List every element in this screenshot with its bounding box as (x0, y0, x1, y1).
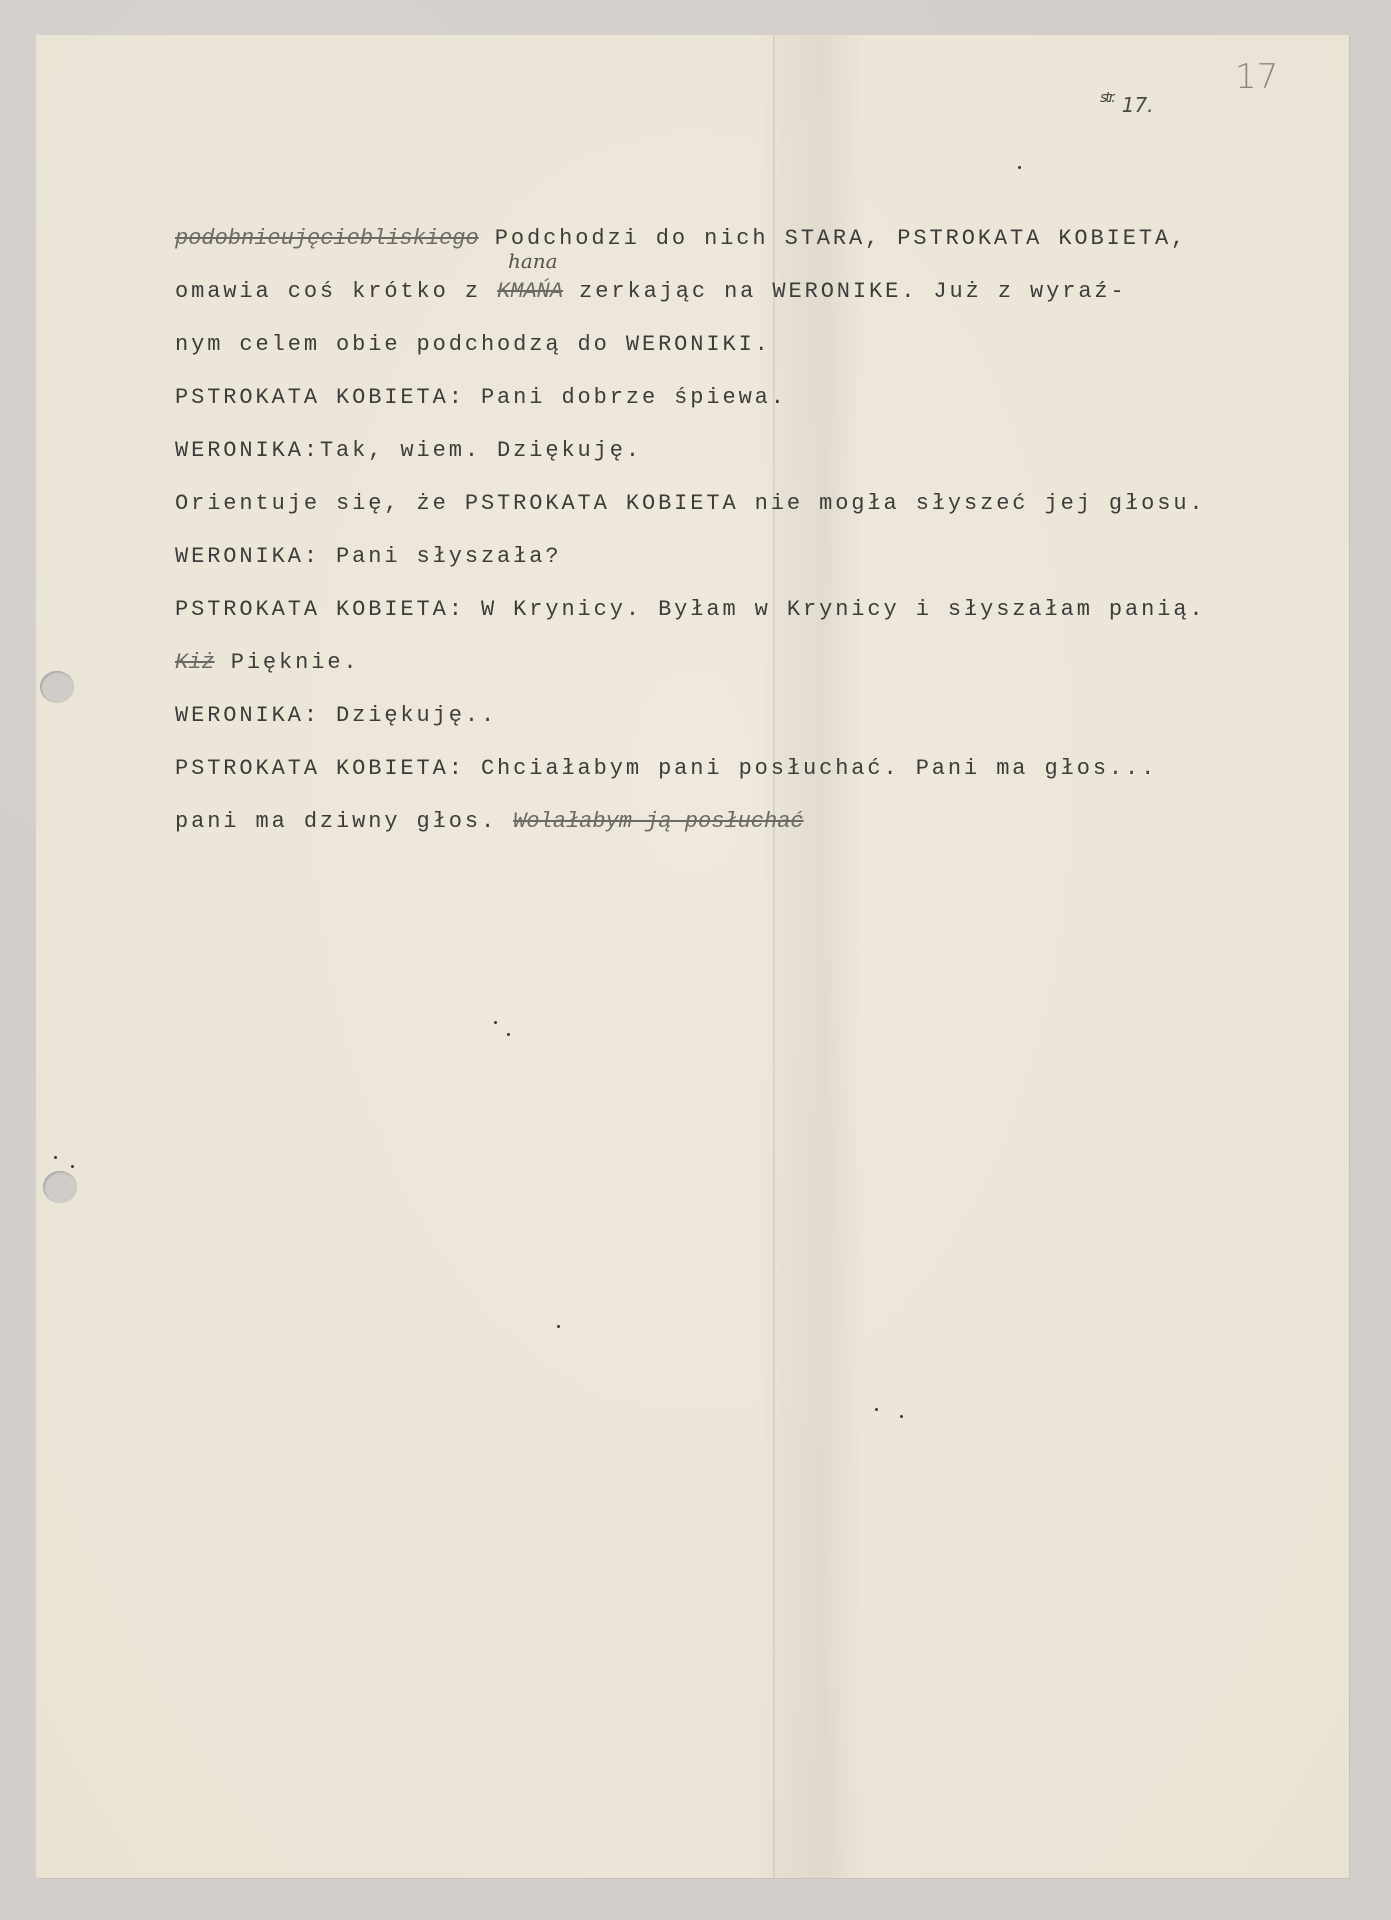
struck-text: Kiż (175, 650, 215, 675)
ink-speck (494, 1021, 497, 1024)
line-text: nym celem obie podchodzą do WERONIKI. (175, 332, 771, 357)
punch-hole-top (40, 671, 74, 703)
line-text: PSTROKATA KOBIETA: Chciałabym pani posłu… (175, 756, 1157, 781)
struck-text: Wolałabym ją posłuchać (513, 809, 803, 834)
text-line-2: hanaomawia coś krótko z KMAŃA zerkając n… (175, 281, 1275, 334)
line-text: WERONIKA:Tak, wiem. Dziękuję. (175, 438, 642, 463)
line-text: pani ma dziwny głos. (175, 809, 513, 834)
typescript-body: podobnieujęciebliskiego Podchodzi do nic… (175, 228, 1275, 864)
text-line-11: PSTROKATA KOBIETA: Chciałabym pani posłu… (175, 758, 1275, 811)
ink-speck (71, 1165, 74, 1168)
punch-hole-bottom (43, 1171, 77, 1203)
ink-speck (54, 1156, 57, 1159)
text-line-8: PSTROKATA KOBIETA: W Krynicy. Byłam w Kr… (175, 599, 1275, 652)
text-line-3: nym celem obie podchodzą do WERONIKI. (175, 334, 1275, 387)
text-line-12: pani ma dziwny głos. Wolałabym ją posłuc… (175, 811, 1275, 864)
line-text: PSTROKATA KOBIETA: Pani dobrze śpiewa. (175, 385, 787, 410)
ink-speck (557, 1325, 560, 1328)
line-text: Podchodzi do nich STARA, PSTROKATA KOBIE… (479, 226, 1188, 251)
ink-speck (507, 1033, 510, 1036)
text-line-5: WERONIKA:Tak, wiem. Dziękuję. (175, 440, 1275, 493)
struck-text: KMAŃA (497, 279, 563, 304)
text-line-4: PSTROKATA KOBIETA: Pani dobrze śpiewa. (175, 387, 1275, 440)
text-line-10: WERONIKA: Dziękuję.. (175, 705, 1275, 758)
page-number-mark: str. (1100, 90, 1114, 106)
text-line-9: Kiż Pięknie. (175, 652, 1275, 705)
line-text: WERONIKA: Pani słyszała? (175, 544, 561, 569)
handwritten-correction: hana (508, 251, 558, 271)
page-number-pencil: 17 (1235, 57, 1278, 97)
text-line-7: WERONIKA: Pani słyszała? (175, 546, 1275, 599)
ink-speck (900, 1415, 903, 1418)
line-text-before: omawia coś krótko z (175, 279, 497, 304)
line-text: Orientuje się, że PSTROKATA KOBIETA nie … (175, 491, 1206, 516)
text-line-6: Orientuje się, że PSTROKATA KOBIETA nie … (175, 493, 1275, 546)
page-number-typed: str.17. (1100, 90, 1154, 117)
struck-text: podobnieujęciebliskiego (175, 226, 479, 251)
ink-speck (875, 1408, 878, 1411)
text-line-1: podobnieujęciebliskiego Podchodzi do nic… (175, 228, 1275, 281)
line-text-after: zerkając na WERONIKE. Już z wyraź- (563, 279, 1127, 304)
line-text: WERONIKA: Dziękuję.. (175, 703, 497, 728)
ink-speck (1018, 166, 1021, 169)
line-text: Pięknie. (215, 650, 360, 675)
line-text: PSTROKATA KOBIETA: W Krynicy. Byłam w Kr… (175, 597, 1206, 622)
page-number-typed-value: 17. (1122, 93, 1154, 117)
